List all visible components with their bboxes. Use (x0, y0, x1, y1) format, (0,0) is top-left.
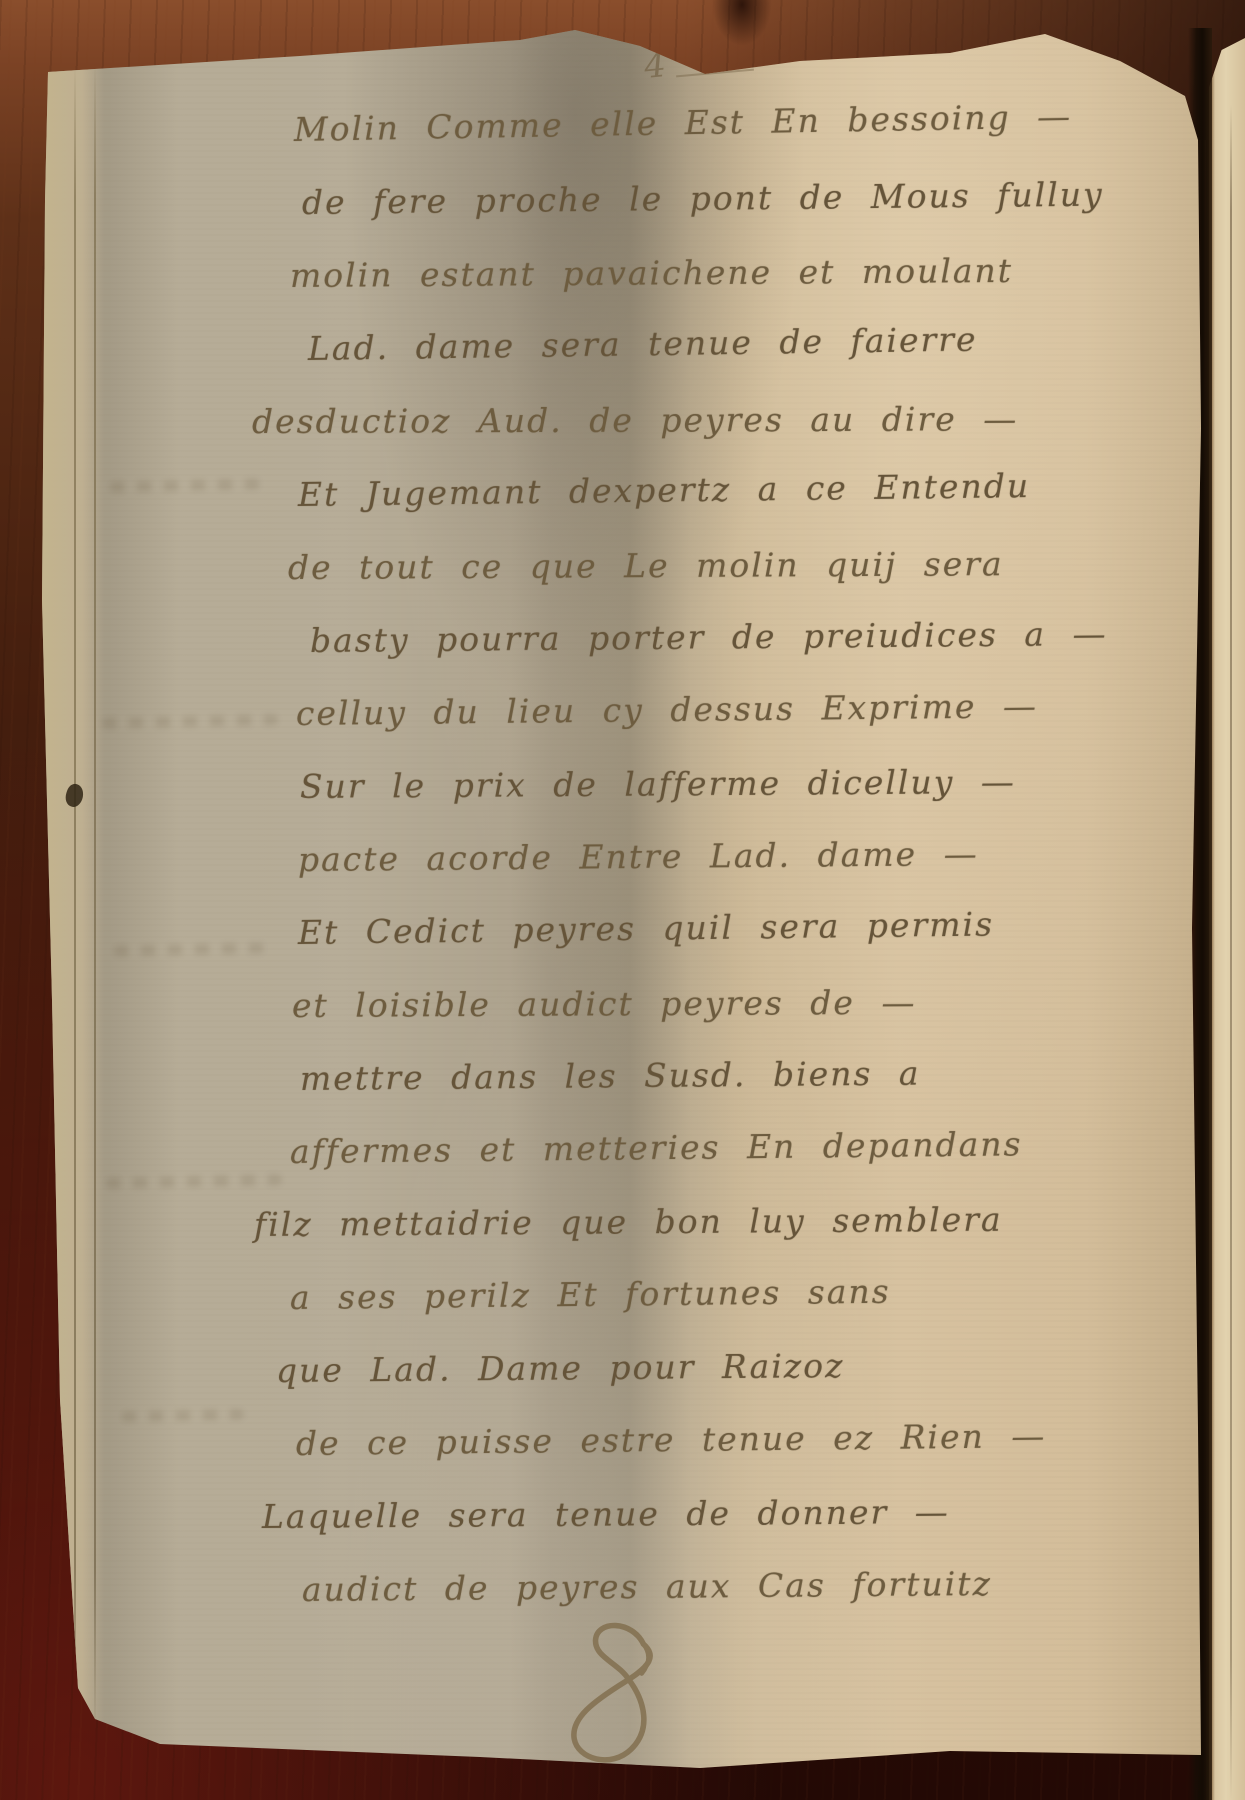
manuscript-line-16: filz mettaidrie que bon luy semblera (254, 1189, 1148, 1268)
manuscript-line-10: Sur le prix de lafferme dicelluy — (300, 751, 1148, 830)
stacked-sheet-edge-line (94, 64, 96, 1736)
paraph-flourish-icon (530, 1606, 701, 1785)
manuscript-line-14: mettre dans les Susd. biens a (300, 1042, 1149, 1122)
manuscript-line-5: desductioz Aud. de peyres au dire — (252, 389, 1148, 465)
manuscript-line-17: a ses perilz Et fortunes sans (290, 1259, 1149, 1341)
manuscript-line-1: Molin Comme elle Est En bessoing — (293, 85, 1148, 173)
manuscript-line-3: molin estant pavaichene et moulant (290, 240, 1148, 319)
manuscript-line-7: de tout ce que Le molin quij sera (288, 533, 1148, 611)
manuscript-line-11: pacte acorde Entre Lad. dame — (298, 823, 1149, 903)
manuscript-line-21: audict de peyres aux Cas fortuitz (302, 1553, 1149, 1633)
manuscript-line-13: et loisible audict peyres de — (292, 972, 1148, 1049)
manuscript-line-15: affermes et metteries En depandans (290, 1113, 1149, 1195)
manuscript-line-4: Lad. dame sera tenue de faierre (307, 307, 1148, 392)
manuscript-line-6: Et Jugemant dexpertz a ce Entendu (298, 455, 1149, 538)
manuscript-line-9: celluy du lieu cy dessus Exprime — (296, 675, 1149, 757)
wood-knot-mark (712, 0, 772, 46)
photo-of-manuscript: 4 Molin Comme elle Est En bessoing —de f… (0, 0, 1245, 1800)
manuscript-line-12: Et Cedict peyres quil sera permis (298, 893, 1149, 976)
stacked-sheet-edge-line (74, 64, 76, 1736)
adjacent-page-crease (1230, 34, 1232, 1800)
manuscript-line-20: Laquelle sera tenue de donner — (262, 1481, 1148, 1560)
manuscript-line-2: de fere proche le pont de Mous fulluy (302, 164, 1149, 246)
manuscript-line-19: de ce puisse estre tenue ez Rien — (296, 1405, 1149, 1487)
manuscript-line-8: basty pourra porter de preiudices a — (310, 604, 1149, 684)
manuscript-line-18: que Lad. Dame pour Raizoz (276, 1333, 1149, 1414)
manuscript-page: 4 Molin Comme elle Est En bessoing —de f… (40, 28, 1202, 1772)
manuscript-text: Molin Comme elle Est En bessoing —de fer… (268, 100, 1148, 1633)
